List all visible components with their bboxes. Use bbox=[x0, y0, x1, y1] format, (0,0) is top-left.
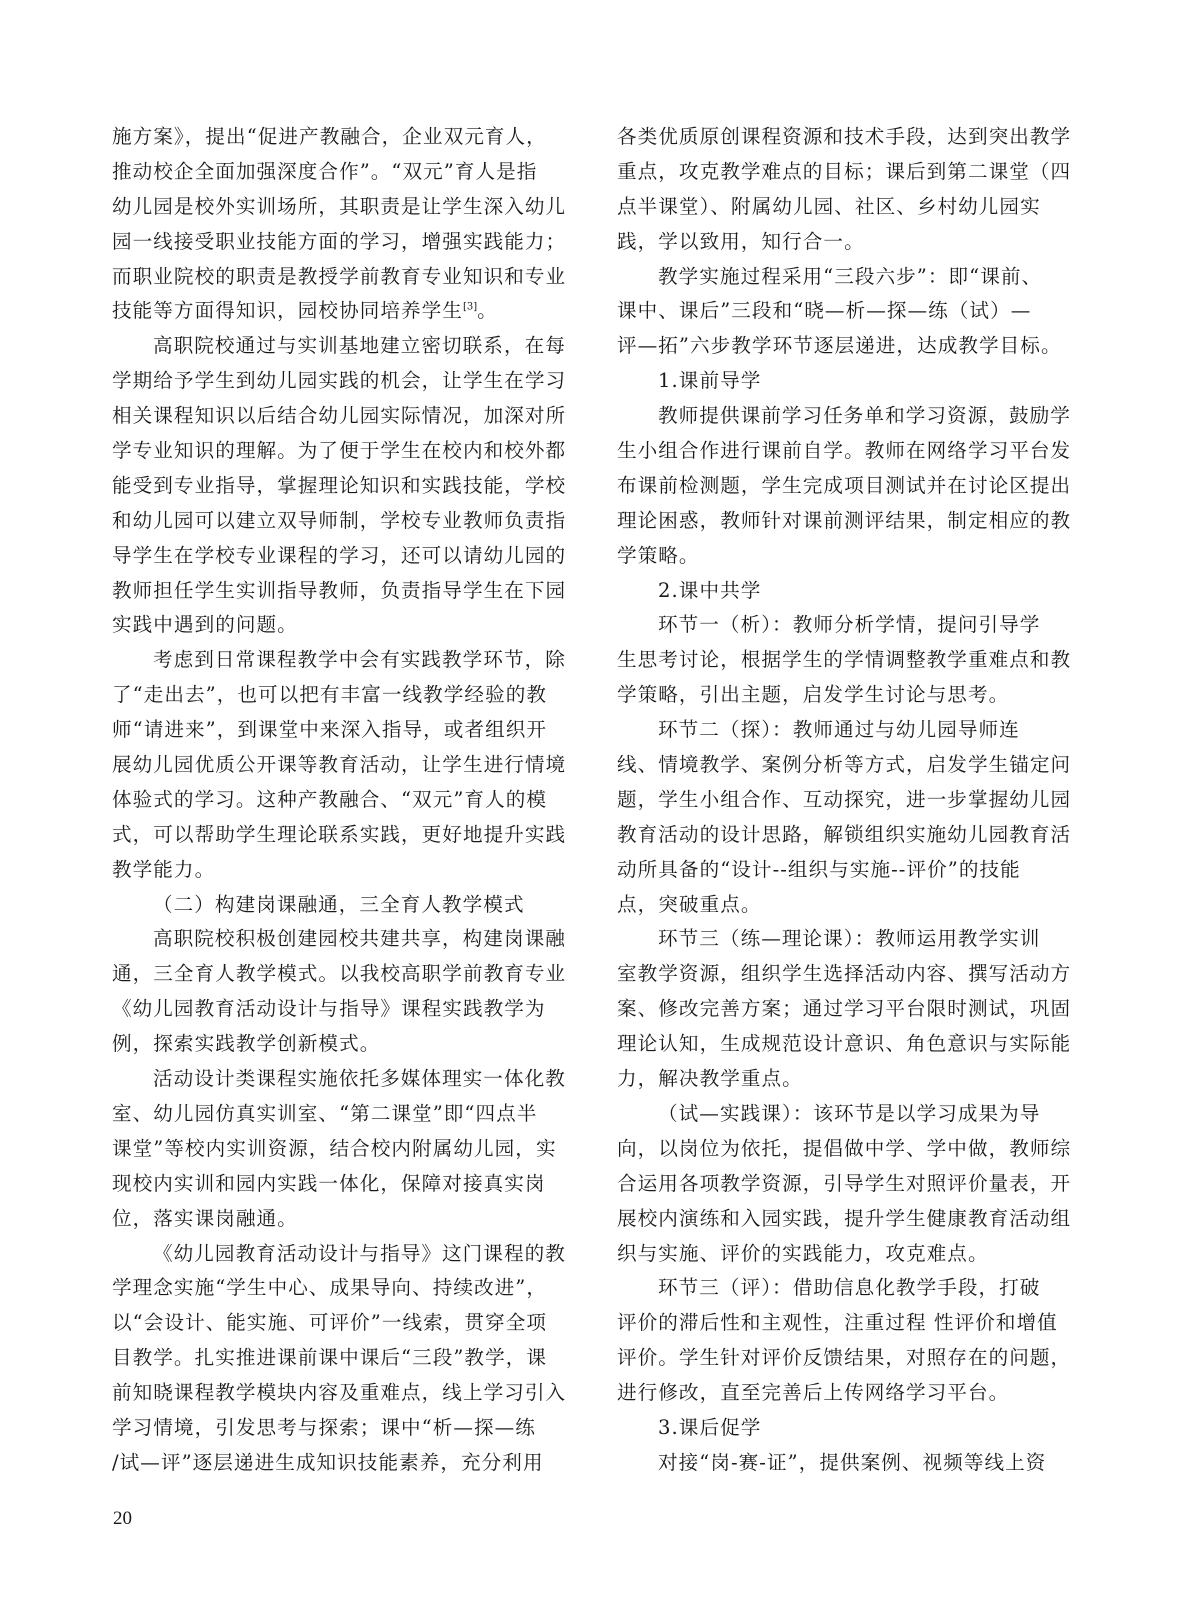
text-line: 施方案》，提出“促进产教融合，企业双元育人， bbox=[112, 120, 574, 155]
text-line: 能受到专业指导，掌握理论知识和实践技能，学校 bbox=[112, 469, 574, 504]
paragraph-start: 活动设计类课程实施依托多媒体理实一体化教 bbox=[112, 1062, 574, 1097]
subsection-heading: 1.课前导学 bbox=[617, 364, 1079, 399]
text-line: 和幼儿园可以建立双导师制，学校专业教师负责指 bbox=[112, 504, 574, 539]
text-line: 动所具备的“设计--组织与实施--评价”的技能 bbox=[617, 853, 1079, 888]
text-line: 室教学资源，组织学生选择活动内容、撰写活动方 bbox=[617, 957, 1079, 992]
text-line: 例，探索实践教学创新模式。 bbox=[112, 1027, 574, 1062]
paragraph-start: 环节二（探）：教师通过与幼儿园导师连 bbox=[617, 713, 1079, 748]
text-line: 课堂”等校内实训资源，结合校内附属幼儿园，实 bbox=[112, 1132, 574, 1167]
text-line: 教育活动的设计思路，解锁组织实施幼儿园教育活 bbox=[617, 818, 1079, 853]
section-heading: （二）构建岗课融通，三全育人教学模式 bbox=[112, 888, 574, 923]
text-line: 学策略。 bbox=[617, 539, 1079, 574]
text-line: 《幼儿园教育活动设计与指导》课程实践教学为 bbox=[112, 992, 574, 1027]
text-line: 实践中遇到的问题。 bbox=[112, 608, 574, 643]
text-line-with-citation: 技能等方面得知识，园校协同培养学生[3]。 bbox=[112, 294, 574, 329]
text-line: 评—拓”六步教学环节逐层递进，达成教学目标。 bbox=[617, 329, 1079, 364]
text-line: 进行修改，直至完善后上传网络学习平台。 bbox=[617, 1376, 1079, 1411]
text-line: 教师担任学生实训指导教师，负责指导学生在下园 bbox=[112, 574, 574, 609]
text-line: 生思考讨论，根据学生的学情调整教学重难点和教 bbox=[617, 643, 1079, 678]
text-line: 导学生在学校专业课程的学习，还可以请幼儿园的 bbox=[112, 539, 574, 574]
paragraph-start: （试—实践课）：该环节是以学习成果为导 bbox=[617, 1097, 1079, 1132]
subsection-heading: 3.课后促学 bbox=[617, 1411, 1079, 1446]
text-line: 以“会设计、能实施、可评价”一线索，贯穿全项 bbox=[112, 1306, 574, 1341]
text-line: 通，三全育人教学模式。以我校高职学前教育专业 bbox=[112, 957, 574, 992]
paragraph-start: 教师提供课前学习任务单和学习资源，鼓励学 bbox=[617, 399, 1079, 434]
text-line: 而职业院校的职责是教授学前教育专业知识和专业 bbox=[112, 260, 574, 295]
text-line: 教学能力。 bbox=[112, 853, 574, 888]
text-line: 课中、课后”三段和“晓—析—探—练（试）— bbox=[617, 294, 1079, 329]
text-line: 合运用各项教学资源，引导学生对照评价量表，开 bbox=[617, 1167, 1079, 1202]
text-line: 评价。学生针对评价反馈结果，对照存在的问题， bbox=[617, 1341, 1079, 1376]
text-line: 室、幼儿园仿真实训室、“第二课堂”即“四点半 bbox=[112, 1097, 574, 1132]
subsection-heading: 2.课中共学 bbox=[617, 574, 1079, 609]
paragraph-start: 教学实施过程采用“三段六步”：即“课前、 bbox=[617, 260, 1079, 295]
text-line: 织与实施、评价的实践能力，攻克难点。 bbox=[617, 1237, 1079, 1272]
text-line: 幼儿园是校外实训场所，其职责是让学生深入幼儿 bbox=[112, 190, 574, 225]
left-column: 施方案》，提出“促进产教融合，企业双元育人， 推动校企全面加强深度合作”。“双元… bbox=[112, 120, 574, 1481]
text-line: 技能等方面得知识，园校协同培养学生 bbox=[112, 299, 463, 322]
text-line: 理论认知，生成规范设计意识、角色意识与实际能 bbox=[617, 1027, 1079, 1062]
text-line: 推动校企全面加强深度合作”。“双元”育人是指 bbox=[112, 155, 574, 190]
page-number: 20 bbox=[113, 1508, 132, 1530]
text-line: 案、修改完善方案；通过学习平台限时测试，巩固 bbox=[617, 992, 1079, 1027]
text-line: 园一线接受职业技能方面的学习，增强实践能力； bbox=[112, 225, 574, 260]
paragraph-start: 考虑到日常课程教学中会有实践教学环节，除 bbox=[112, 643, 574, 678]
text-line: 学理念实施“学生中心、成果导向、持续改进”， bbox=[112, 1271, 574, 1306]
paragraph-start: 高职院校积极创建园校共建共享，构建岗课融 bbox=[112, 922, 574, 957]
text-line: 目教学。扎实推进课前课中课后“三段”教学，课 bbox=[112, 1341, 574, 1376]
text-line: 点，突破重点。 bbox=[617, 888, 1079, 923]
text-line: 重点，攻克教学难点的目标；课后到第二课堂（四 bbox=[617, 155, 1079, 190]
text-line: 相关课程知识以后结合幼儿园实际情况，加深对所 bbox=[112, 399, 574, 434]
text-line: 前知晓课程教学模块内容及重难点，线上学习引入 bbox=[112, 1376, 574, 1411]
text-line: 学习情境，引发思考与探索；课中“析—探—练 bbox=[112, 1411, 574, 1446]
text-line: 题，学生小组合作、互动探究，进一步掌握幼儿园 bbox=[617, 783, 1079, 818]
text-line: 展校内演练和入园实践，提升学生健康教育活动组 bbox=[617, 1202, 1079, 1237]
text-line: 位，落实课岗融通。 bbox=[112, 1202, 574, 1237]
text-line: 了“走出去”，也可以把有丰富一线教学经验的教 bbox=[112, 678, 574, 713]
text-line: 现校内实训和园内实践一体化，保障对接真实岗 bbox=[112, 1167, 574, 1202]
text-line: 生小组合作进行课前自学。教师在网络学习平台发 bbox=[617, 434, 1079, 469]
paragraph-start: 《幼儿园教育活动设计与指导》这门课程的教 bbox=[112, 1237, 574, 1272]
paragraph-start: 高职院校通过与实训基地建立密切联系，在每 bbox=[112, 329, 574, 364]
text-line: 践，学以致用，知行合一。 bbox=[617, 225, 1079, 260]
paragraph-start: 对接“岗-赛-证”，提供案例、视频等线上资 bbox=[617, 1446, 1079, 1481]
text-line: 布课前检测题，学生完成项目测试并在讨论区提出 bbox=[617, 469, 1079, 504]
text-line: 评价的滞后性和主观性，注重过程 性评价和增值 bbox=[617, 1306, 1079, 1341]
paragraph-start: 环节三（练—理论课）：教师运用教学实训 bbox=[617, 922, 1079, 957]
text-line: 学专业知识的理解。为了便于学生在校内和校外都 bbox=[112, 434, 574, 469]
text-line: 师“请进来”，到课堂中来深入指导，或者组织开 bbox=[112, 713, 574, 748]
sentence-end: 。 bbox=[477, 299, 498, 322]
text-line: 展幼儿园优质公开课等教育活动，让学生进行情境 bbox=[112, 748, 574, 783]
paragraph-start: 环节一（析）：教师分析学情，提问引导学 bbox=[617, 608, 1079, 643]
text-line: 点半课堂）、附属幼儿园、社区、乡村幼儿园实 bbox=[617, 190, 1079, 225]
paragraph-start: 环节三（评）：借助信息化教学手段，打破 bbox=[617, 1271, 1079, 1306]
citation-marker: [3] bbox=[463, 302, 477, 313]
text-line: 线、情境教学、案例分析等方式，启发学生锚定问 bbox=[617, 748, 1079, 783]
text-line: 式，可以帮助学生理论联系实践，更好地提升实践 bbox=[112, 818, 574, 853]
text-line: /试—评”逐层递进生成知识技能素养，充分利用 bbox=[112, 1446, 574, 1481]
right-column: 各类优质原创课程资源和技术手段，达到突出教学 重点，攻克教学难点的目标；课后到第… bbox=[617, 120, 1079, 1481]
text-line: 学期给予学生到幼儿园实践的机会，让学生在学习 bbox=[112, 364, 574, 399]
text-line: 力，解决教学重点。 bbox=[617, 1062, 1079, 1097]
text-line: 各类优质原创课程资源和技术手段，达到突出教学 bbox=[617, 120, 1079, 155]
text-line: 学策略，引出主题，启发学生讨论与思考。 bbox=[617, 678, 1079, 713]
text-line: 理论困惑，教师针对课前测评结果，制定相应的教 bbox=[617, 504, 1079, 539]
text-line: 向，以岗位为依托，提倡做中学、学中做，教师综 bbox=[617, 1132, 1079, 1167]
text-line: 体验式的学习。这种产教融合、“双元”育人的模 bbox=[112, 783, 574, 818]
